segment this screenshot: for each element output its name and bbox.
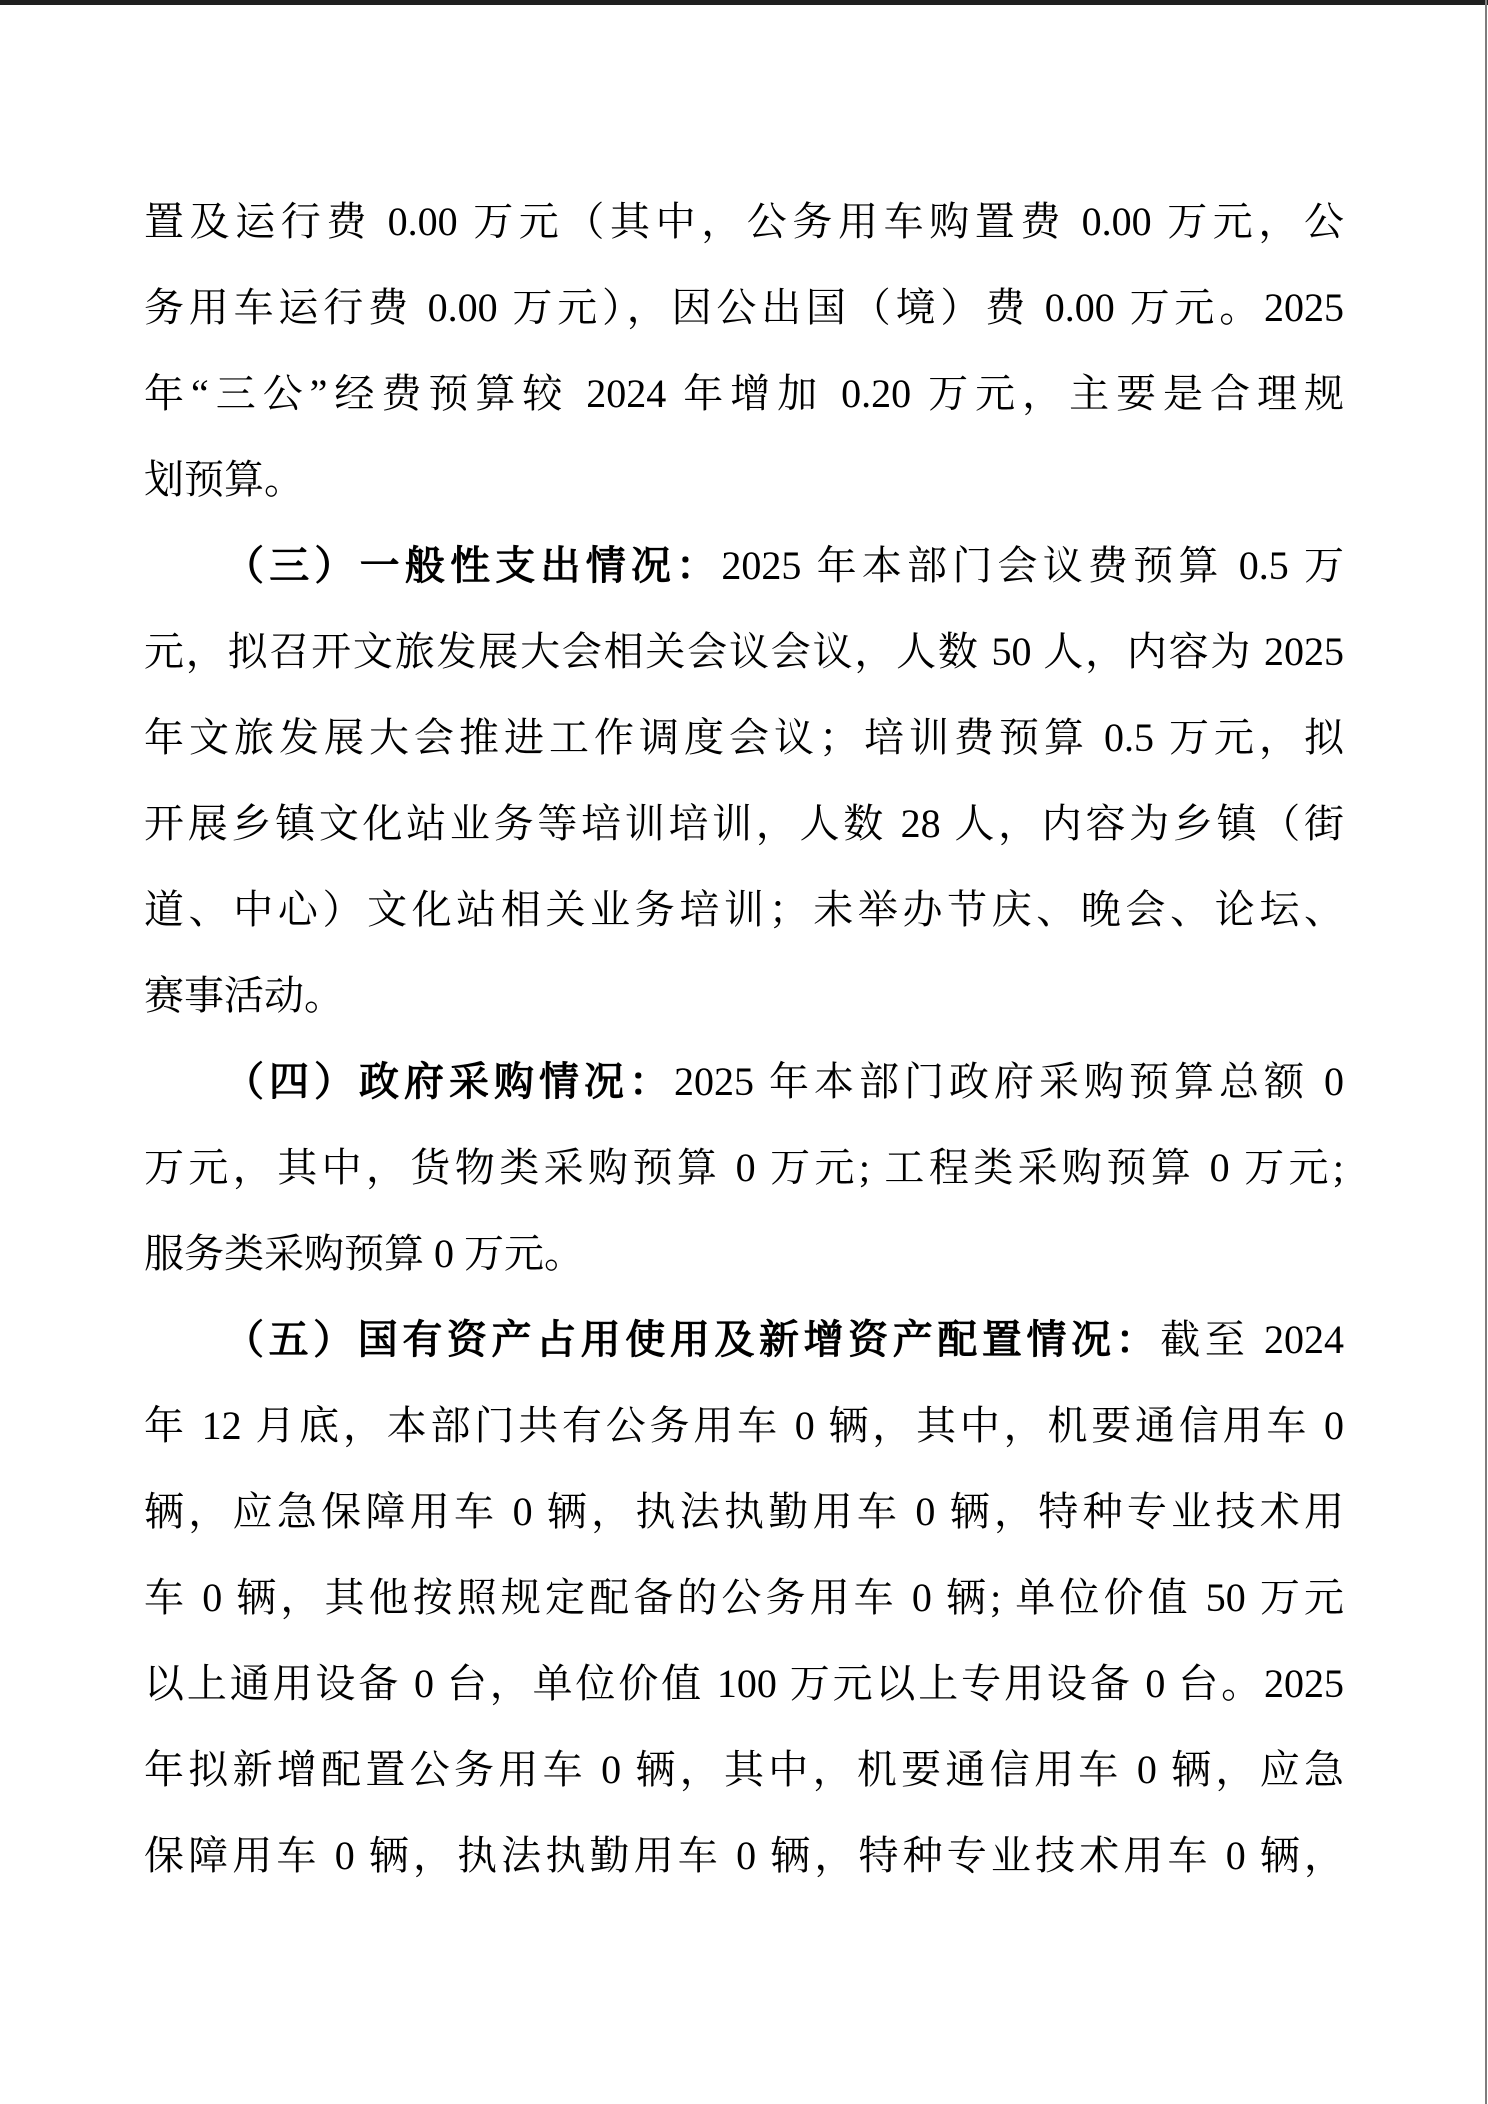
- line-text: 元，拟召开文旅发展大会相关会议会议，人数 50 人，内容为 2025: [144, 629, 1344, 674]
- text-line: 务用车运行费 0.00 万元），因公出国（境）费 0.00 万元。2025: [144, 265, 1344, 351]
- text-line: 以上通用设备 0 台，单位价值 100 万元以上专用设备 0 台。2025: [144, 1641, 1344, 1727]
- top-edge-bar: [0, 0, 1488, 5]
- text-line: 元，拟召开文旅发展大会相关会议会议，人数 50 人，内容为 2025: [144, 609, 1344, 695]
- text-line: 划预算。: [144, 437, 1344, 523]
- line-text: 保障用车 0 辆，执法执勤用车 0 辆，特种专业技术用车 0 辆，: [144, 1833, 1344, 1878]
- text-line: 年“三公”经费预算较 2024 年增加 0.20 万元，主要是合理规: [144, 351, 1344, 437]
- text-line: 辆，应急保障用车 0 辆，执法执勤用车 0 辆，特种专业技术用: [144, 1469, 1344, 1555]
- line-text: 截至 2024: [1160, 1317, 1344, 1362]
- line-text: 辆，应急保障用车 0 辆，执法执勤用车 0 辆，特种专业技术用: [144, 1489, 1344, 1534]
- line-text: 以上通用设备 0 台，单位价值 100 万元以上专用设备 0 台。2025: [144, 1661, 1344, 1706]
- section-heading: （五）国有资产占用使用及新增资产配置情况：: [224, 1317, 1160, 1362]
- text-line: 万元，其中，货物类采购预算 0 万元; 工程类采购预算 0 万元;: [144, 1125, 1344, 1211]
- text-line: 赛事活动。: [144, 953, 1344, 1039]
- line-text: 2025 年本部门政府采购预算总额 0: [674, 1059, 1344, 1104]
- section-heading: （三）一般性支出情况：: [224, 543, 721, 588]
- document-page: 置及运行费 0.00 万元（其中，公务用车购置费 0.00 万元，公 务用车运行…: [0, 0, 1488, 2104]
- line-text: 服务类采购预算 0 万元。: [144, 1231, 584, 1276]
- line-text: 车 0 辆，其他按照规定配备的公务用车 0 辆; 单位价值 50 万元: [144, 1575, 1344, 1620]
- text-line: 年拟新增配置公务用车 0 辆，其中，机要通信用车 0 辆，应急: [144, 1727, 1344, 1813]
- line-text: 道、中心）文化站相关业务培训；未举办节庆、晚会、论坛、: [144, 887, 1344, 932]
- text-line: 置及运行费 0.00 万元（其中，公务用车购置费 0.00 万元，公: [144, 179, 1344, 265]
- text-line: （四）政府采购情况：2025 年本部门政府采购预算总额 0: [144, 1039, 1344, 1125]
- line-text: 划预算。: [144, 457, 304, 502]
- text-line: （五）国有资产占用使用及新增资产配置情况：截至 2024: [144, 1297, 1344, 1383]
- section-heading: （四）政府采购情况：: [224, 1059, 674, 1104]
- text-line: 服务类采购预算 0 万元。: [144, 1211, 1344, 1297]
- line-text: 开展乡镇文化站业务等培训培训，人数 28 人，内容为乡镇（街: [144, 801, 1344, 846]
- text-line: 开展乡镇文化站业务等培训培训，人数 28 人，内容为乡镇（街: [144, 781, 1344, 867]
- line-text: 年拟新增配置公务用车 0 辆，其中，机要通信用车 0 辆，应急: [144, 1747, 1344, 1792]
- text-line: 车 0 辆，其他按照规定配备的公务用车 0 辆; 单位价值 50 万元: [144, 1555, 1344, 1641]
- scrollbar[interactable]: [1485, 0, 1487, 2104]
- text-line: 年 12 月底，本部门共有公务用车 0 辆，其中，机要通信用车 0: [144, 1383, 1344, 1469]
- line-text: 万元，其中，货物类采购预算 0 万元; 工程类采购预算 0 万元;: [144, 1145, 1344, 1190]
- text-line: （三）一般性支出情况：2025 年本部门会议费预算 0.5 万: [144, 523, 1344, 609]
- line-text: 务用车运行费 0.00 万元），因公出国（境）费 0.00 万元。2025: [144, 285, 1344, 330]
- line-text: 年“三公”经费预算较 2024 年增加 0.20 万元，主要是合理规: [144, 371, 1344, 416]
- line-text: 赛事活动。: [144, 973, 344, 1018]
- text-line: 保障用车 0 辆，执法执勤用车 0 辆，特种专业技术用车 0 辆，: [144, 1813, 1344, 1899]
- line-text: 年文旅发展大会推进工作调度会议；培训费预算 0.5 万元，拟: [144, 715, 1344, 760]
- line-text: 置及运行费 0.00 万元（其中，公务用车购置费 0.00 万元，公: [144, 199, 1344, 244]
- text-line: 道、中心）文化站相关业务培训；未举办节庆、晚会、论坛、: [144, 867, 1344, 953]
- text-line: 年文旅发展大会推进工作调度会议；培训费预算 0.5 万元，拟: [144, 695, 1344, 781]
- page-content: 置及运行费 0.00 万元（其中，公务用车购置费 0.00 万元，公 务用车运行…: [144, 179, 1344, 1899]
- line-text: 年 12 月底，本部门共有公务用车 0 辆，其中，机要通信用车 0: [144, 1403, 1344, 1448]
- line-text: 2025 年本部门会议费预算 0.5 万: [721, 543, 1344, 588]
